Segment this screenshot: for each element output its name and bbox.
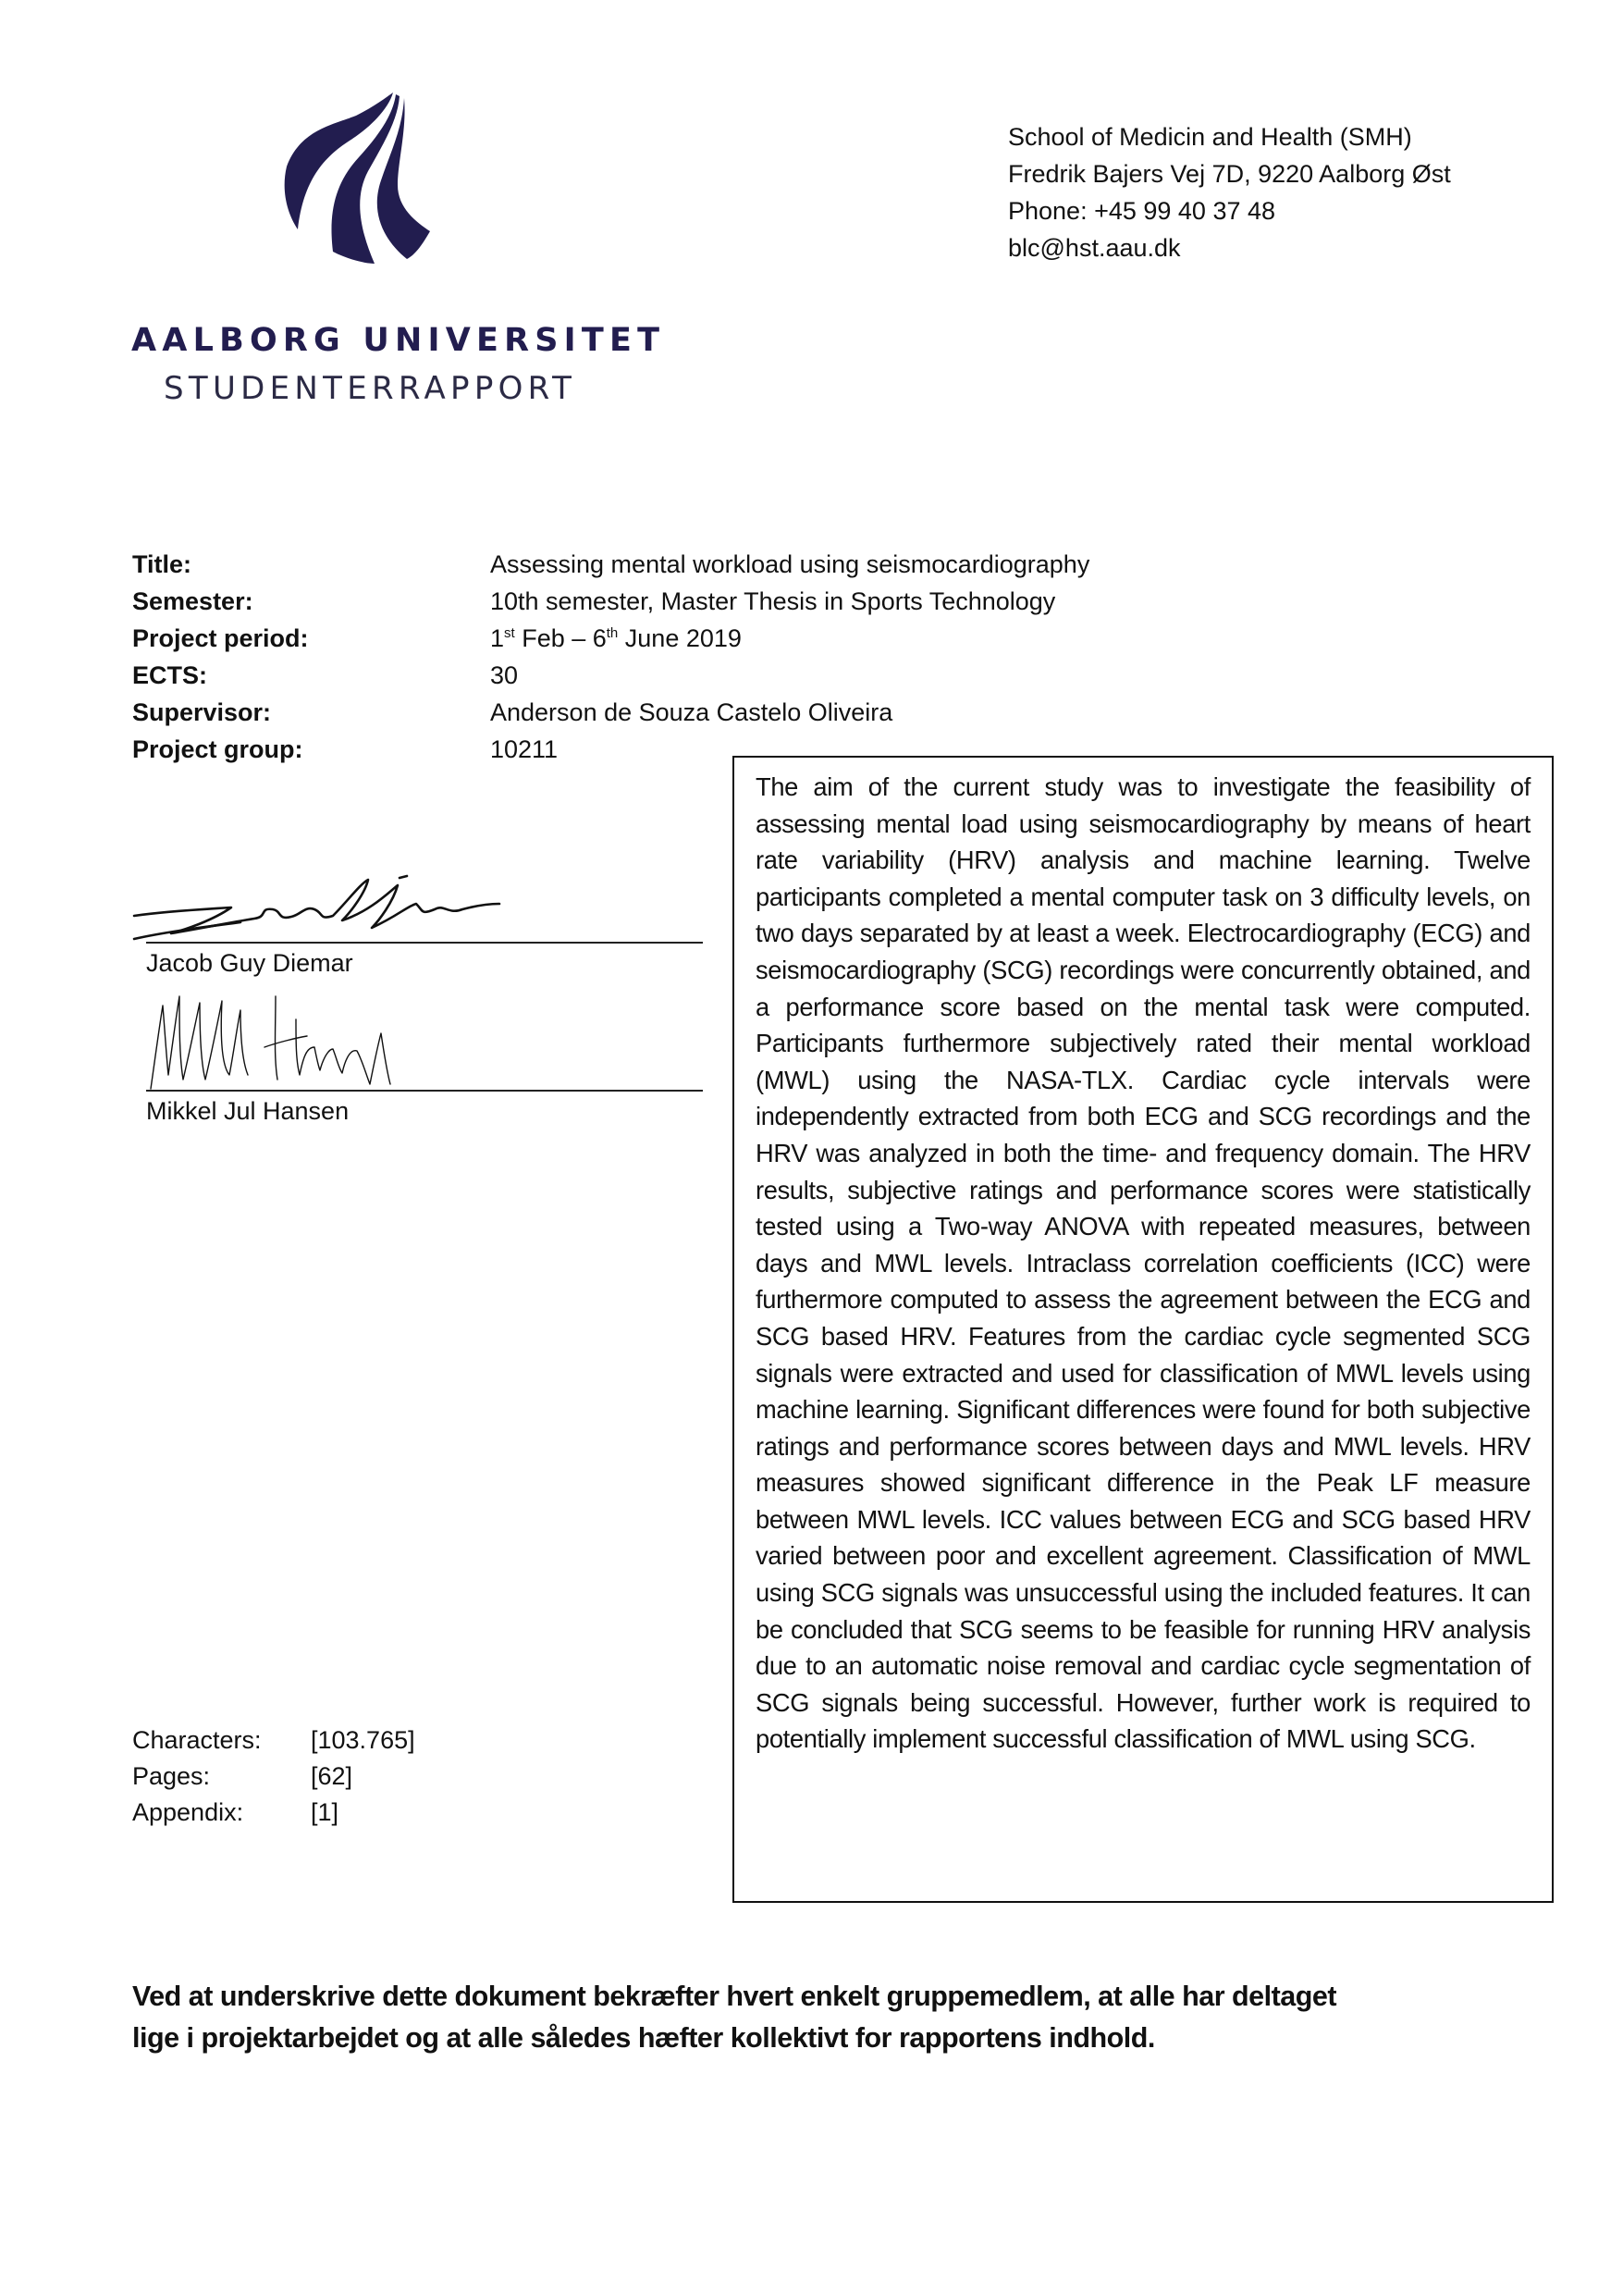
- abstract-text: The aim of the current study was to inve…: [756, 769, 1531, 1758]
- period-start-day: 1: [490, 624, 504, 652]
- declaration: Ved at underskrive dette dokument bekræf…: [132, 1976, 1445, 2059]
- abstract-box: The aim of the current study was to inve…: [732, 756, 1554, 1903]
- period-label: Project period:: [132, 620, 490, 657]
- university-name: AALBORG UNIVERSITET: [131, 322, 635, 359]
- ects-value: 30: [490, 657, 518, 694]
- title-label: Title:: [132, 546, 490, 583]
- ects-row: ECTS: 30: [132, 657, 1089, 694]
- title-row: Title: Assessing mental workload using s…: [132, 546, 1089, 583]
- appendix-row: Appendix: [1]: [132, 1795, 415, 1831]
- supervisor-row: Supervisor: Anderson de Souza Castelo Ol…: [132, 694, 1089, 731]
- period-value: 1st Feb – 6th June 2019: [490, 620, 742, 657]
- title-value: Assessing mental workload using seismoca…: [490, 546, 1089, 583]
- signature-line-1: [146, 942, 703, 944]
- period-end: June 2019: [618, 624, 742, 652]
- semester-label: Semester:: [132, 583, 490, 620]
- pages-value: [62]: [311, 1759, 352, 1795]
- appendix-label: Appendix:: [132, 1795, 311, 1831]
- group-value: 10211: [490, 731, 558, 768]
- signatory-name-1: Jacob Guy Diemar: [146, 949, 353, 978]
- ects-label: ECTS:: [132, 657, 490, 694]
- signatory-name-2: Mikkel Jul Hansen: [146, 1097, 349, 1126]
- school-address: Fredrik Bajers Vej 7D, 9220 Aalborg Øst: [1008, 155, 1451, 192]
- project-info: Title: Assessing mental workload using s…: [132, 546, 1089, 768]
- report-type: STUDENTERRAPPORT: [164, 370, 608, 407]
- declaration-line-2: lige i projektarbejdet og at alle sålede…: [132, 2018, 1445, 2059]
- appendix-value: [1]: [311, 1795, 338, 1831]
- supervisor-value: Anderson de Souza Castelo Oliveira: [490, 694, 892, 731]
- characters-value: [103.765]: [311, 1722, 415, 1759]
- pages-label: Pages:: [132, 1759, 311, 1795]
- pages-row: Pages: [62]: [132, 1759, 415, 1795]
- group-label: Project group:: [132, 731, 490, 768]
- school-name: School of Medicin and Health (SMH): [1008, 118, 1451, 155]
- period-row: Project period: 1st Feb – 6th June 2019: [132, 620, 1089, 657]
- contact-block: School of Medicin and Health (SMH) Fredr…: [1008, 118, 1451, 266]
- school-email[interactable]: blc@hst.aau.dk: [1008, 229, 1451, 266]
- supervisor-label: Supervisor:: [132, 694, 490, 731]
- handwritten-signature-icon: [129, 874, 518, 957]
- characters-label: Characters:: [132, 1722, 311, 1759]
- school-phone: Phone: +45 99 40 37 48: [1008, 192, 1451, 229]
- semester-row: Semester: 10th semester, Master Thesis i…: [132, 583, 1089, 620]
- report-stats: Characters: [103.765] Pages: [62] Append…: [132, 1722, 415, 1831]
- handwritten-signature-icon: [148, 992, 398, 1093]
- characters-row: Characters: [103.765]: [132, 1722, 415, 1759]
- declaration-line-1: Ved at underskrive dette dokument bekræf…: [132, 1976, 1445, 2018]
- period-start-suffix: st: [504, 625, 515, 641]
- semester-value: 10th semester, Master Thesis in Sports T…: [490, 583, 1055, 620]
- period-mid: Feb – 6: [515, 624, 607, 652]
- aau-wave-logo-icon: [277, 93, 458, 268]
- signature-line-2: [146, 1090, 703, 1092]
- period-end-suffix: th: [607, 625, 619, 641]
